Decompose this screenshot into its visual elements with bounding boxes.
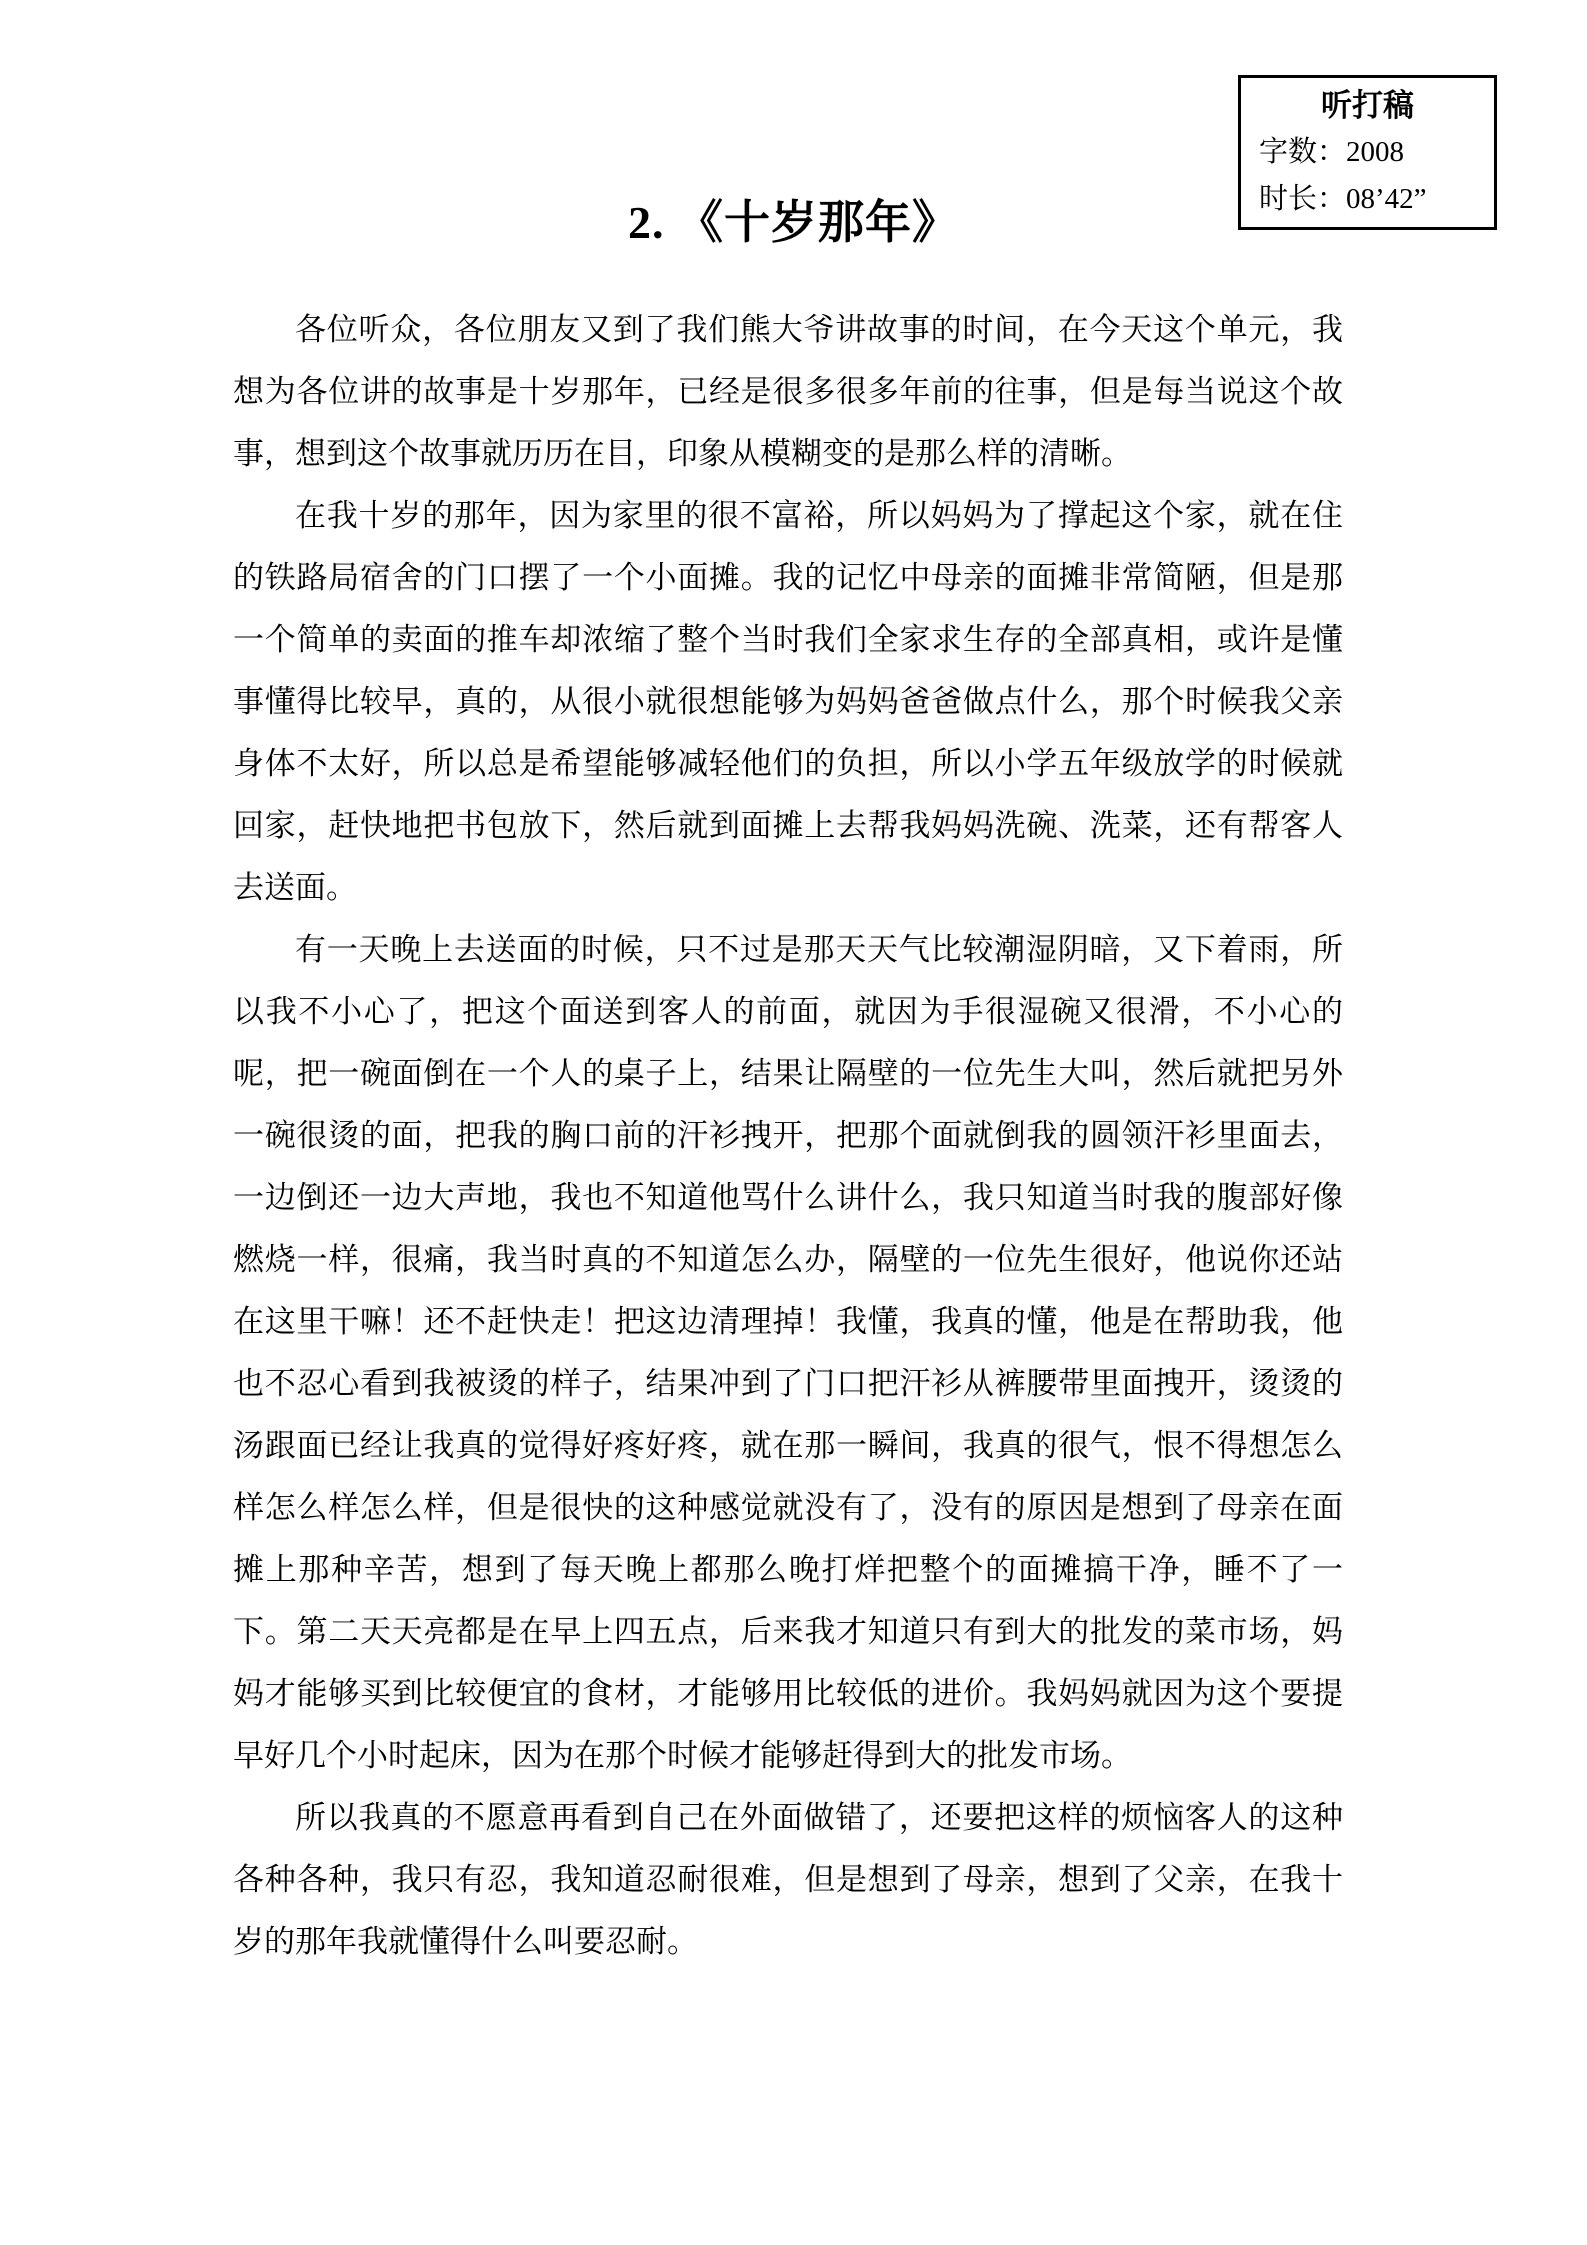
info-box-title: 听打稿 (1241, 83, 1494, 129)
paragraph-1: 各位听众，各位朋友又到了我们熊大爷讲故事的时间，在今天这个单元，我想为各位讲的故… (233, 299, 1343, 485)
page-title: 2. 《十岁那年》 (0, 188, 1587, 258)
paragraph-3: 有一天晚上去送面的时候，只不过是那天天气比较潮湿阴暗，又下着雨，所以我不小心了，… (233, 919, 1343, 1787)
word-count-line: 字数：2008 (1241, 129, 1494, 176)
paragraph-4: 所以我真的不愿意再看到自己在外面做错了，还要把这样的烦恼客人的这种各种各种，我只… (233, 1787, 1343, 1973)
document-page: 听打稿 字数：2008 时长：08’42” 2. 《十岁那年》 各位听众，各位朋… (0, 0, 1587, 2245)
article-body: 各位听众，各位朋友又到了我们熊大爷讲故事的时间，在今天这个单元，我想为各位讲的故… (233, 299, 1343, 1973)
paragraph-2: 在我十岁的那年，因为家里的很不富裕，所以妈妈为了撑起这个家，就在住的铁路局宿舍的… (233, 485, 1343, 919)
